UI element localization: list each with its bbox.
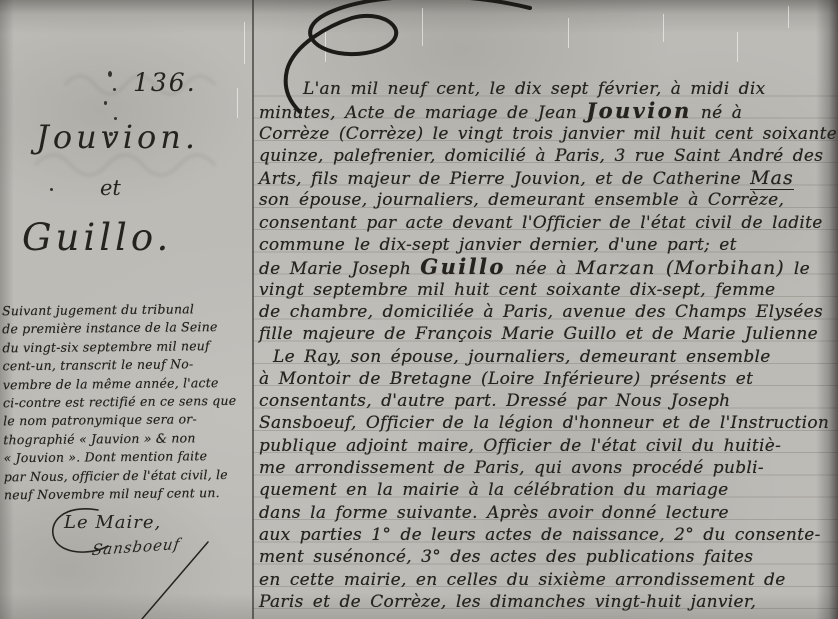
text-segment: à Montoir de Bretagne (Loire Inférieure)… [259, 369, 753, 389]
text-segment: Sansboeuf, Officier de la légion d'honne… [259, 413, 829, 433]
text-segment: consentants, d'autre part. Dressé par No… [259, 391, 730, 411]
text-segment: publique adjoint maire, Officier de l'ét… [259, 436, 781, 456]
text-segment: aux parties 1° de leurs actes de naissan… [259, 525, 821, 545]
act-body-text: L'an mil neuf cent, le dix sept février,… [259, 78, 835, 613]
manuscript-line: fille majeure de François Marie Guillo e… [259, 323, 835, 345]
text-segment: en cette mairie, en celles du sixième ar… [259, 570, 786, 590]
text-segment: Paris et de Corrèze, les dimanches vingt… [259, 592, 756, 612]
scratch-mark [237, 88, 238, 118]
text-segment: son épouse, journaliers, demeurant ensem… [259, 190, 784, 210]
manuscript-line: de Marie Joseph Guillo née à Marzan (Mor… [259, 256, 835, 278]
manuscript-line: Sansboeuf, Officier de la légion d'honne… [259, 412, 835, 434]
manuscript-line: dans la forme suivante. Après avoir donn… [259, 502, 835, 524]
text-segment: le [785, 259, 810, 279]
manuscript-line: Paris et de Corrèze, les dimanches vingt… [259, 591, 835, 613]
margin-groom-surname: Jouvion. [36, 118, 199, 156]
text-segment: vingt septembre mil huit cent soixante d… [259, 280, 775, 300]
manuscript-line: Arts, fils majeur de Pierre Jouvion, et … [259, 167, 835, 189]
emphasized-name: Jouvion [586, 98, 691, 123]
text-segment: quinze, palefrenier, domicilié à Paris, … [259, 146, 823, 166]
margin-rule-line [252, 0, 254, 619]
scratch-mark [663, 14, 664, 42]
scratch-mark [788, 6, 789, 28]
act-number: 136. [133, 68, 197, 97]
manuscript-line: L'an mil neuf cent, le dix sept février,… [259, 78, 835, 100]
manuscript-line: quinze, palefrenier, domicilié à Paris, … [259, 145, 835, 167]
manuscript-line: minutes, Acte de mariage de Jean Jouvion… [259, 100, 835, 122]
text-segment: consentant par acte devant l'Officier de… [259, 213, 823, 233]
margin-note-line: ci-contre est rectifié en ce sens que [3, 392, 251, 413]
manuscript-line: à Montoir de Bretagne (Loire Inférieure)… [259, 368, 835, 390]
mayor-signature: Sansboeuf [91, 535, 182, 559]
text-segment: dans la forme suivante. Après avoir donn… [259, 503, 729, 523]
manuscript-line: consentant par acte devant l'Officier de… [259, 212, 835, 234]
scratch-mark [568, 18, 569, 48]
text-segment: née à [506, 259, 576, 279]
scratch-mark [325, 28, 326, 62]
margin-note-line: de première instance de la Seine [2, 318, 250, 339]
text-segment: fille majeure de François Marie Guillo e… [259, 324, 818, 344]
manuscript-line: Corrèze (Corrèze) le vingt trois janvier… [259, 123, 835, 145]
register-page-scan: 136. Jouvion. et Guillo. Suivant jugemen… [0, 0, 838, 619]
manuscript-line: commune le dix-sept janvier dernier, d'u… [259, 234, 835, 256]
text-segment: commune le dix-sept janvier dernier, d'u… [259, 235, 737, 255]
manuscript-line: son épouse, journaliers, demeurant ensem… [259, 189, 835, 211]
text-segment: Corrèze (Corrèze) le vingt trois janvier… [259, 124, 837, 144]
scratch-mark [422, 8, 423, 46]
text-segment: Le Ray, son épouse, journaliers, demeura… [273, 347, 771, 367]
margin-note-line: neuf Novembre mil neuf cent un. [4, 484, 252, 505]
manuscript-line: vingt septembre mil huit cent soixante d… [259, 279, 835, 301]
text-segment: de chambre, domiciliée à Paris, avenue d… [259, 302, 823, 322]
text-segment: de Marie Joseph [259, 259, 420, 279]
emphasized-name: Guillo [420, 254, 506, 279]
manuscript-line: ment susénoncé, 3° des actes des publica… [259, 546, 835, 568]
margin-rectification-note: Suivant jugement du tribunalde première … [2, 300, 252, 505]
scratch-mark [244, 22, 245, 64]
margin-conjunction: et [100, 176, 121, 200]
text-segment: né à [692, 103, 742, 123]
text-segment: minutes, Acte de mariage de Jean [259, 103, 586, 123]
scratch-mark [737, 32, 738, 62]
closing-le-maire: Le Maire, [64, 512, 161, 533]
manuscript-line: de chambre, domiciliée à Paris, avenue d… [259, 301, 835, 323]
emphasized-name: Mas [750, 167, 794, 190]
text-segment: Arts, fils majeur de Pierre Jouvion, et … [259, 169, 750, 189]
manuscript-line: consentants, d'autre part. Dressé par No… [259, 390, 835, 412]
text-segment: quement en la mairie à la célébration du… [259, 480, 729, 500]
manuscript-line: Le Ray, son épouse, journaliers, demeura… [259, 346, 835, 368]
emphasized-name: Marzan (Morbihan) [576, 257, 785, 279]
text-segment: me arrondissement de Paris, qui avons pr… [259, 458, 764, 478]
manuscript-line: publique adjoint maire, Officier de l'ét… [259, 435, 835, 457]
text-segment: ment susénoncé, 3° des actes des publica… [259, 547, 753, 567]
manuscript-line: aux parties 1° de leurs actes de naissan… [259, 524, 835, 546]
margin-bride-surname: Guillo. [22, 216, 172, 259]
manuscript-line: en cette mairie, en celles du sixième ar… [259, 569, 835, 591]
manuscript-line: quement en la mairie à la célébration du… [259, 479, 835, 501]
text-segment: L'an mil neuf cent, le dix sept février,… [303, 79, 765, 99]
manuscript-line: me arrondissement de Paris, qui avons pr… [259, 457, 835, 479]
